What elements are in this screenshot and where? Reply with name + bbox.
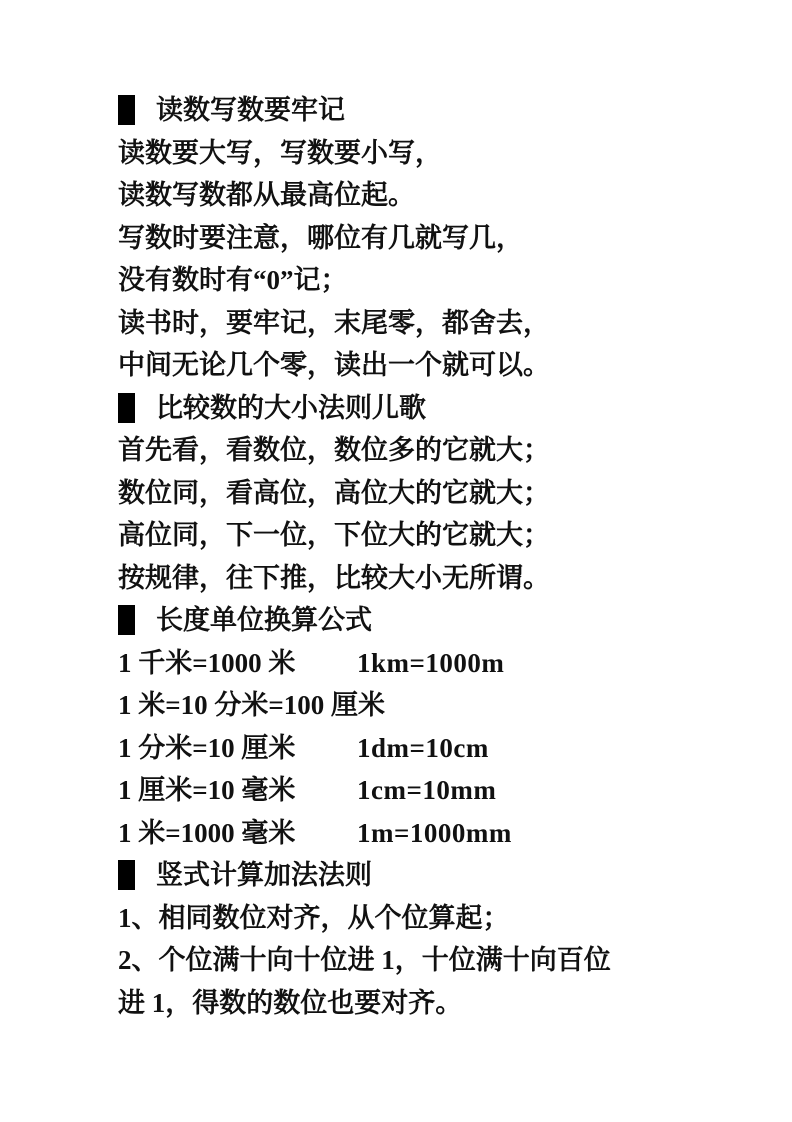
black-square-bullet-icon <box>118 95 135 125</box>
section-compare-numbers-rhyme: 比较数的大小法则儿歌 首先看，看数位，数位多的它就大； 数位同，看高位，高位大的… <box>118 387 682 600</box>
text-line: 中间无论几个零，读出一个就可以。 <box>118 344 682 387</box>
section-heading: 读数写数要牢记 <box>118 89 682 132</box>
text-line: 高位同，下一位，下位大的它就大； <box>118 514 682 557</box>
black-square-bullet-icon <box>118 393 135 423</box>
section-heading-text: 读数写数要牢记 <box>156 89 345 132</box>
text-line: 2、个位满十向十位进 1，十位满十向百位 <box>118 939 682 982</box>
section-heading-text: 竖式计算加法法则 <box>156 854 372 897</box>
text-line: 1、相同数位对齐，从个位算起； <box>118 897 682 940</box>
text-line: 读书时，要牢记，末尾零，都舍去， <box>118 302 682 345</box>
text-line: 写数时要注意，哪位有几就写几， <box>118 217 682 260</box>
conversion-chinese: 1 厘米=10 毫米 <box>118 769 357 812</box>
conversion-formula: 1dm=10cm <box>357 727 489 770</box>
text-line: 首先看，看数位，数位多的它就大； <box>118 429 682 472</box>
conversion-chinese: 1 米=10 分米=100 厘米 <box>118 684 357 727</box>
section-heading: 竖式计算加法法则 <box>118 854 682 897</box>
conversion-formula: 1cm=10mm <box>357 769 496 812</box>
conversion-row: 1 米=1000 毫米 1m=1000mm <box>118 812 682 855</box>
conversion-formula: 1km=1000m <box>357 642 504 685</box>
conversion-row: 1 米=10 分米=100 厘米 <box>118 684 682 727</box>
text-line: 进 1，得数的数位也要对齐。 <box>118 982 682 1025</box>
section-heading: 长度单位换算公式 <box>118 599 682 642</box>
section-reading-writing-numbers: 读数写数要牢记 读数要大写，写数要小写， 读数写数都从最高位起。 写数时要注意，… <box>118 89 682 387</box>
text-line: 按规律，往下推，比较大小无所谓。 <box>118 557 682 600</box>
section-heading-text: 比较数的大小法则儿歌 <box>156 387 426 430</box>
conversion-chinese: 1 分米=10 厘米 <box>118 727 357 770</box>
conversion-row: 1 分米=10 厘米 1dm=10cm <box>118 727 682 770</box>
section-vertical-addition-rules: 竖式计算加法法则 1、相同数位对齐，从个位算起； 2、个位满十向十位进 1，十位… <box>118 854 682 1024</box>
conversion-row: 1 千米=1000 米 1km=1000m <box>118 642 682 685</box>
section-heading: 比较数的大小法则儿歌 <box>118 387 682 430</box>
text-line: 读数写数都从最高位起。 <box>118 174 682 217</box>
text-line: 读数要大写，写数要小写， <box>118 132 682 175</box>
section-heading-text: 长度单位换算公式 <box>156 599 372 642</box>
text-line: 数位同，看高位，高位大的它就大； <box>118 472 682 515</box>
document-page: 读数写数要牢记 读数要大写，写数要小写， 读数写数都从最高位起。 写数时要注意，… <box>0 0 792 1122</box>
text-line: 没有数时有“0”记； <box>118 259 682 302</box>
black-square-bullet-icon <box>118 860 135 890</box>
conversion-row: 1 厘米=10 毫米 1cm=10mm <box>118 769 682 812</box>
conversion-chinese: 1 千米=1000 米 <box>118 642 357 685</box>
black-square-bullet-icon <box>118 605 135 635</box>
conversion-formula: 1m=1000mm <box>357 812 512 855</box>
section-length-unit-conversion: 长度单位换算公式 1 千米=1000 米 1km=1000m 1 米=10 分米… <box>118 599 682 854</box>
conversion-chinese: 1 米=1000 毫米 <box>118 812 357 855</box>
